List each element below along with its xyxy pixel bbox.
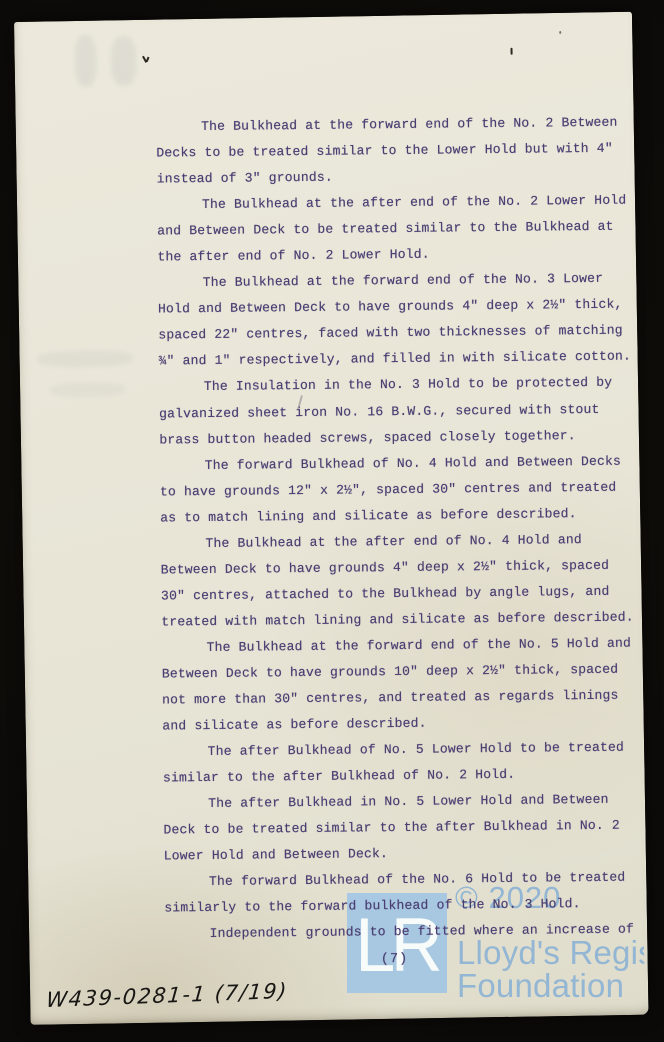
typed-line: Deck to be treated similar to the after … xyxy=(163,813,639,844)
typed-line: and Between Deck to be treated similar t… xyxy=(157,214,633,245)
typed-lines: The Bulkhead at the forward end of the N… xyxy=(156,110,641,948)
typescript-content: The Bulkhead at the forward end of the N… xyxy=(14,16,642,1025)
typed-line: Decks to be treated similar to the Lower… xyxy=(156,136,632,167)
page-number: (7) xyxy=(381,952,408,967)
typed-line: not more than 30" centres, and treated a… xyxy=(162,683,638,714)
handwritten-reference: W439-0281-1 (7/19) xyxy=(45,979,289,1012)
typed-line: Independent grounds to be fitted where a… xyxy=(164,917,640,948)
scanned-document-photo: © 2020 LR Lloyd's Register Foundation Th… xyxy=(0,0,664,1042)
typed-line: The after Bulkhead of No. 5 Lower Hold t… xyxy=(163,735,639,766)
